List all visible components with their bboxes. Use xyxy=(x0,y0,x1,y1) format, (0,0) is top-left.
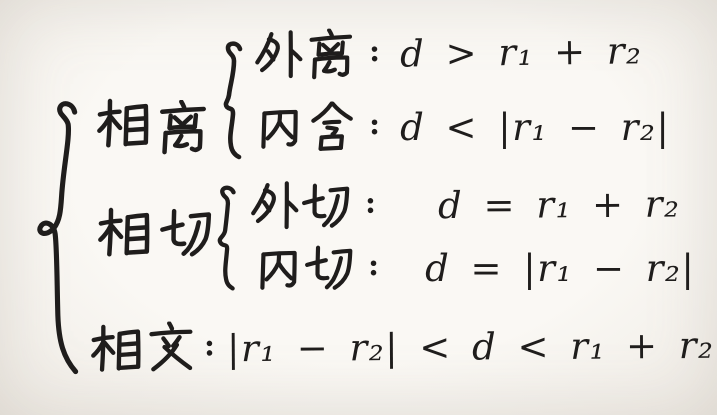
cjk-qie-icon xyxy=(159,205,215,261)
cjk-li-icon xyxy=(305,28,358,81)
cjk-jiao-icon xyxy=(144,321,198,375)
cjk-wai-icon xyxy=(249,180,301,232)
cjk-xiang-icon xyxy=(96,96,152,152)
separate-group-brace xyxy=(217,41,247,161)
formula-external-tangency: d = r₁ + r₂ xyxy=(438,185,681,224)
cjk-han-icon xyxy=(305,101,357,153)
cjk-nei-icon xyxy=(252,242,304,294)
cjk-xiang-icon xyxy=(90,322,144,376)
row-intersect: 相交 : |r₁ − r₂| < d < r₁ + r₂ xyxy=(90,318,715,376)
formula-internal-containment: d < |r₁ − r₂| xyxy=(400,109,670,146)
cjk-wai-icon xyxy=(253,29,306,82)
handwritten-note-page: 相离 外离 : d > r₁ + r₂ 内含 : d < |r₁ − r₂| 相… xyxy=(0,0,717,415)
row-internal-tangency: 内切 : d = |r₁ − r₂| xyxy=(252,242,695,294)
label-separate: 相离 xyxy=(96,92,211,156)
cjk-qie-icon xyxy=(301,180,353,232)
cjk-nei-icon xyxy=(253,101,305,153)
formula-outside-separation: d > r₁ + r₂ xyxy=(400,32,643,72)
colon: : xyxy=(368,251,379,281)
label-tangent: 相切 xyxy=(97,205,215,261)
cjk-li-icon xyxy=(155,100,211,156)
formula-internal-tangency: d = |r₁ − r₂| xyxy=(425,250,695,287)
formula-intersect: |r₁ − r₂| < d < r₁ + r₂ xyxy=(227,326,715,366)
row-outside-separation: 外离 : d > r₁ + r₂ xyxy=(253,24,643,81)
row-external-tangency: 外切 : d = r₁ + r₂ xyxy=(249,177,681,232)
colon: : xyxy=(369,110,380,140)
outer-brace xyxy=(28,88,84,390)
row-internal-containment: 内含 : d < |r₁ − r₂| xyxy=(253,101,670,153)
cjk-xiang-icon xyxy=(97,205,153,261)
cjk-qie-icon xyxy=(304,242,356,294)
colon: : xyxy=(365,189,376,219)
colon: : xyxy=(204,331,215,361)
colon: : xyxy=(369,37,380,67)
tangent-group-brace xyxy=(213,182,241,294)
